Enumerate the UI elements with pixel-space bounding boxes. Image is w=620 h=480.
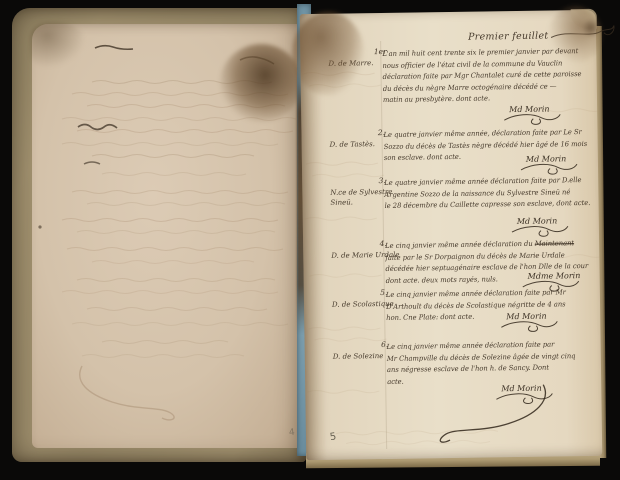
bleedthrough-line [62, 291, 278, 294]
entry-margin-note: D. de Marie Urdale [331, 250, 391, 261]
left-page: 4 [32, 24, 302, 448]
bleedthrough-line [308, 327, 380, 331]
margin-note-line: N.ce de Sylvestre [330, 187, 390, 198]
bleedthrough-line [92, 261, 254, 264]
ink-mark [84, 162, 100, 164]
bleedthrough-line [62, 143, 278, 146]
entry-margin-note: D. de Tastès. [330, 139, 390, 150]
bleedthrough-line [77, 231, 275, 234]
bleedthrough-line [309, 84, 381, 88]
margin-note-line: Sineü. [330, 197, 390, 208]
margin-note-line: D. de Marie Urdale [331, 250, 391, 261]
entry-text: Le cinq janvier même année déclaration f… [387, 339, 598, 388]
bleedthrough-flourish [70, 360, 190, 424]
entry-signature: Md Morin [526, 154, 578, 176]
bleedthrough-line [306, 162, 378, 166]
right-page: Premier feuillet 1er D. de Marre. L'an m… [300, 10, 603, 460]
bleedthrough-line [307, 390, 379, 394]
bleedthrough-line [87, 203, 285, 206]
entry-text: Le cinq janvier même année déclaration f… [386, 287, 596, 325]
margin-note-line: D. de Tastès. [330, 139, 390, 150]
entry-signature: Md Morin [506, 311, 558, 333]
entry-margin-note: D. de Marre. [328, 58, 388, 69]
entry-signature: Md Morin [509, 104, 561, 126]
entry-text-segment: Le cinq janvier même année déclaration d… [385, 240, 535, 250]
bleedthrough-line [102, 341, 228, 344]
bleedthrough-line [102, 173, 246, 176]
ink-mark [78, 125, 117, 130]
signature-text: Mdme Morin [528, 271, 581, 281]
struck-word: Maintenant [535, 239, 574, 248]
ink-mark [240, 57, 274, 64]
entry-margin-note: D. de Scolastique [332, 299, 392, 310]
heading-flourish [550, 24, 616, 43]
entry-margin-note: N.ce de SylvestreSineü. [330, 187, 390, 208]
bleedthrough-line [77, 130, 293, 133]
bleedthrough-line [310, 274, 382, 278]
bleedthrough-line [72, 323, 288, 326]
margin-note-line: D. de Marre. [328, 58, 388, 69]
signature-text: Md Morin [509, 105, 550, 115]
ink-spot [38, 225, 41, 228]
bleedthrough-line [92, 155, 254, 158]
bleedthrough-line [305, 217, 377, 221]
margin-note-line: D. de Solezine [333, 351, 393, 362]
bleedthrough-line [77, 279, 275, 282]
bleedthrough-line [92, 81, 272, 84]
bleedthrough-line [62, 118, 296, 121]
entry-margin-note: D. de Solezine [333, 351, 393, 362]
pencil-folio-number-left: 4 [288, 428, 295, 439]
heading-text: Premier feuillet [468, 31, 549, 43]
bleedthrough-line [72, 93, 288, 96]
signature-text: Md Morin [526, 154, 567, 164]
bleedthrough-line [82, 355, 244, 358]
bleedthrough-line [87, 308, 267, 311]
scan-background: 4 Premier feuillet 1er D. de Marre. L'an… [0, 0, 620, 480]
entry-text: L'an mil huit cent trente six le premier… [382, 46, 593, 107]
bleedthrough-line [67, 248, 283, 251]
page-heading: Premier feuillet [468, 24, 617, 44]
entry-signature: Md Morin [517, 216, 569, 238]
bleedthrough-line [72, 191, 288, 194]
bleedthrough-line [87, 105, 285, 108]
bleedthrough-line [303, 72, 375, 76]
bleedthrough-line [62, 219, 278, 222]
ink-mark [95, 46, 133, 50]
entry-text: Le quatre janvier même année déclaration… [384, 175, 594, 213]
margin-note-line: D. de Scolastique [332, 299, 392, 310]
closing-flourish [423, 382, 556, 450]
signature-text: Md Morin [517, 216, 558, 226]
signature-text: Md Morin [506, 312, 547, 322]
